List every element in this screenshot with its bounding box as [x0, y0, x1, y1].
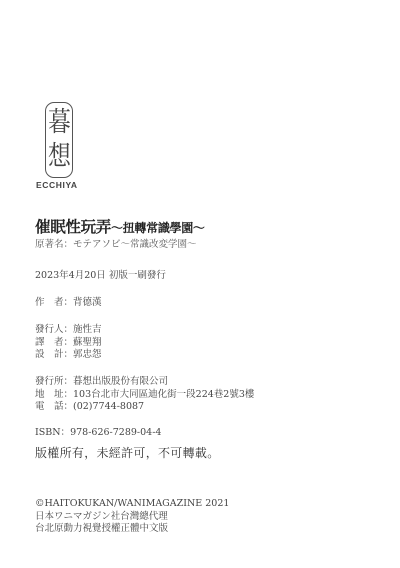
publisher-label: 電 話：: [35, 401, 73, 414]
publisher-value: (02)7744-8087: [73, 401, 144, 412]
book-title-main: 催眠性玩弄: [35, 217, 111, 236]
copyright-line: ©HAITOKUKAN/WANIMAGAZINE 2021: [35, 498, 229, 511]
credit-row-publisher-person: 發行人：施性吉: [35, 324, 102, 337]
isbn-line: ISBN：978-626-7289-04-4: [35, 427, 161, 440]
isbn-value: 978-626-7289-04-4: [70, 427, 161, 438]
publisher-label: 發行所：: [35, 376, 73, 389]
rights-notice: 版權所有，未經許可，不可轉載。: [35, 444, 220, 461]
isbn-label: ISBN：: [35, 427, 70, 438]
book-title-sub: ～扭轉常識學園～: [111, 221, 205, 235]
copyright-block: ©HAITOKUKAN/WANIMAGAZINE 2021 日本ワニマガジン社台…: [35, 498, 229, 536]
credit-label: 設 計：: [35, 349, 73, 362]
credit-row-designer: 設 計：郭忠怨: [35, 349, 102, 362]
author-value: 背德漢: [73, 297, 102, 308]
credits-list: 發行人：施性吉 譯 者：蘇聖翔 設 計：郭忠怨: [35, 324, 102, 362]
release-date: 2023年4月20日 初版一刷發行: [35, 270, 166, 283]
credit-value: 施性吉: [73, 324, 102, 335]
logo-brand-text: ECCHIYA: [36, 180, 78, 190]
publisher-logo: 暮 想: [45, 102, 73, 178]
logo-char-top: 暮: [48, 106, 71, 140]
credit-value: 郭忠怨: [73, 349, 102, 360]
credit-label: 發行人：: [35, 324, 73, 337]
credit-value: 蘇聖翔: [73, 337, 102, 348]
colophon-page: 暮 想 ECCHIYA 催眠性玩弄～扭轉常識學園～ 原著名：モテアソビ～常識改変…: [0, 0, 400, 568]
publisher-info: 發行所：暮想出版股份有限公司 地 址：103台北市大同區迪化街一段224巷2號3…: [35, 376, 254, 414]
logo-char-bottom: 想: [48, 140, 71, 174]
author-label: 作 者：: [35, 297, 73, 310]
author-line: 作 者：背德漢: [35, 297, 102, 310]
book-title: 催眠性玩弄～扭轉常識學園～: [35, 215, 205, 237]
publisher-row-phone: 電 話：(02)7744-8087: [35, 401, 254, 414]
publisher-value: 103台北市大同區迪化街一段224巷2號3樓: [73, 389, 254, 400]
copyright-line: 日本ワニマガジン社台灣總代理: [35, 511, 229, 524]
original-title: 原著名：モテアソビ～常識改変学園～: [35, 236, 197, 250]
publisher-label: 地 址：: [35, 389, 73, 402]
publisher-row-name: 發行所：暮想出版股份有限公司: [35, 376, 254, 389]
copyright-line: 台北原動力視覺授權正體中文版: [35, 523, 229, 536]
publisher-value: 暮想出版股份有限公司: [73, 376, 168, 387]
credit-row-translator: 譯 者：蘇聖翔: [35, 337, 102, 350]
credit-label: 譯 者：: [35, 337, 73, 350]
publisher-row-address: 地 址：103台北市大同區迪化街一段224巷2號3樓: [35, 389, 254, 402]
